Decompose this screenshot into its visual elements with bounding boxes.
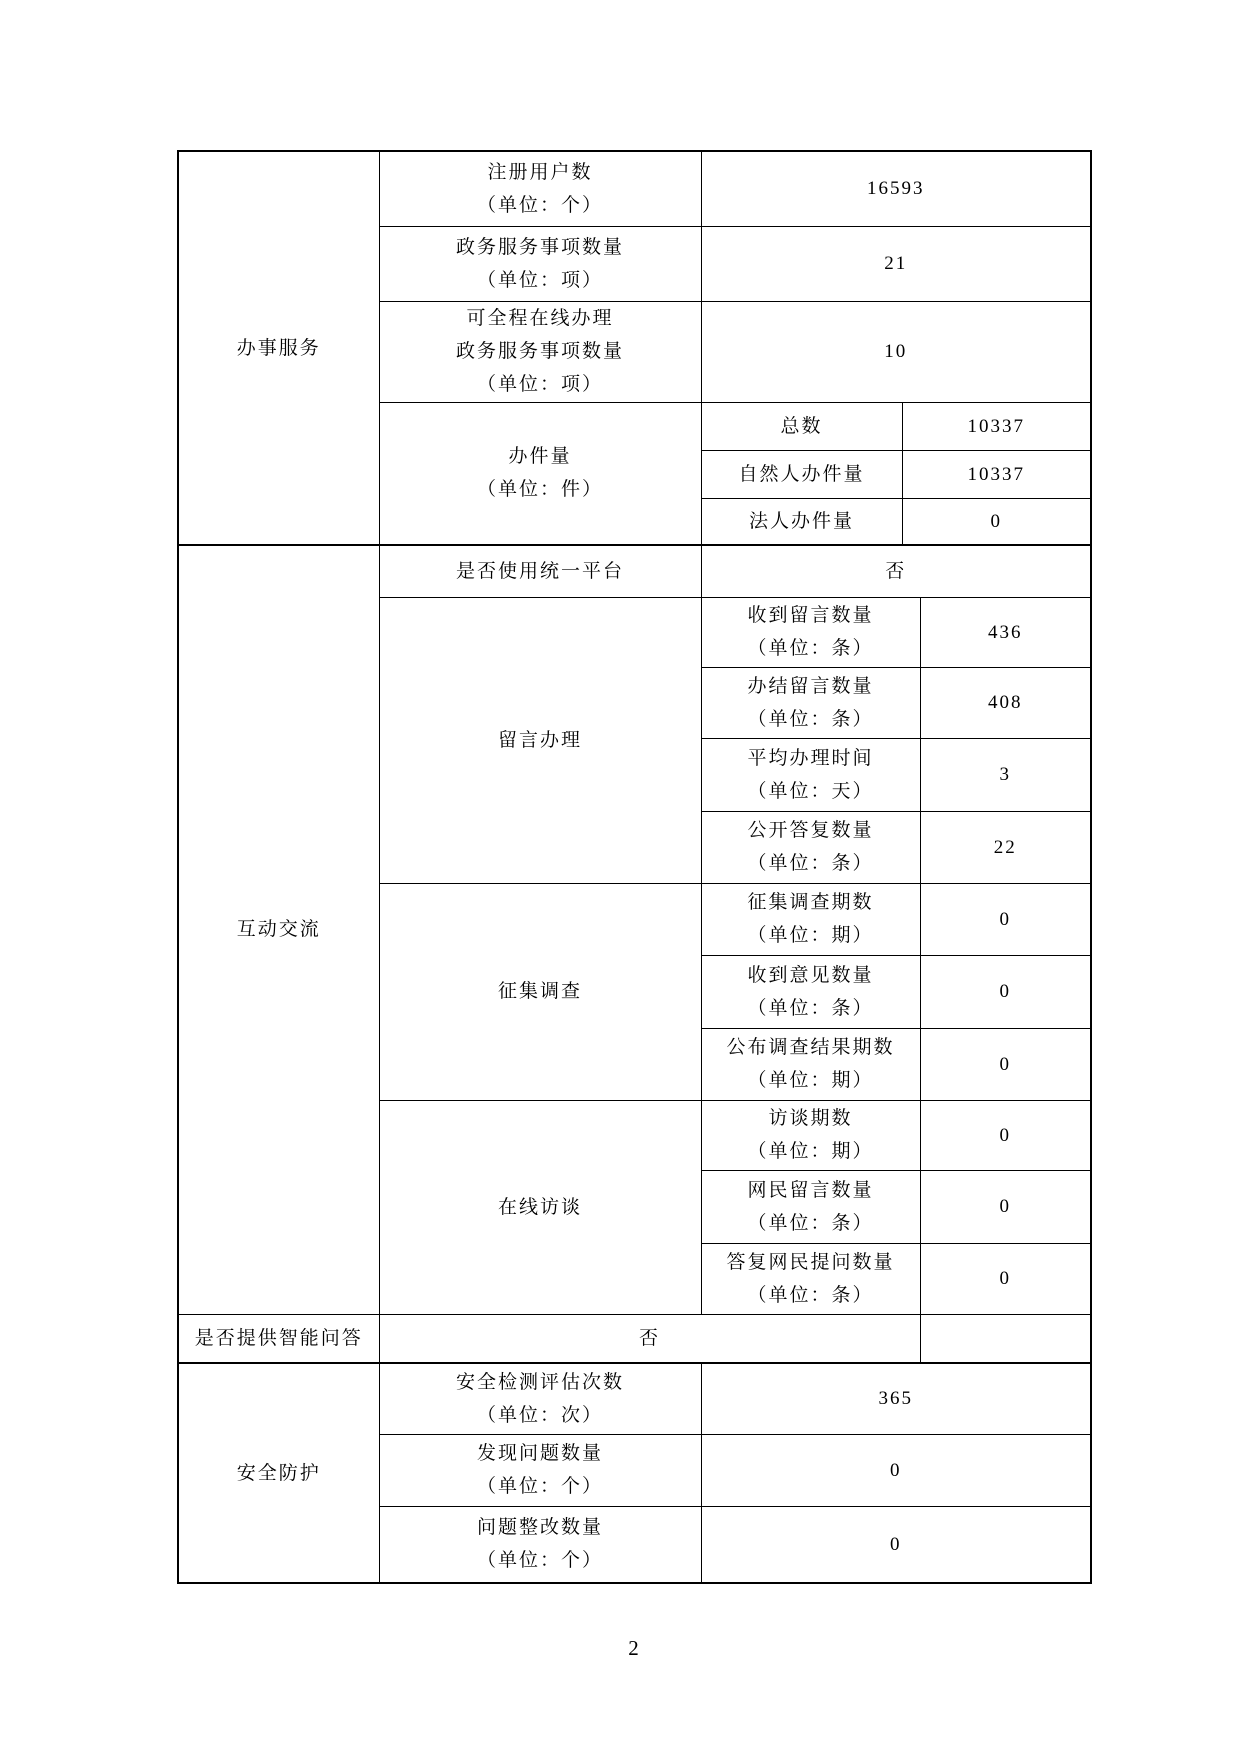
metric-label-cell: 安全检测评估次数 （单位：次） — [379, 1363, 701, 1434]
metric-unit-line: （单位：条） — [702, 992, 920, 1025]
category-service: 办事服务 — [178, 151, 379, 545]
metric-unit-line: （单位：个） — [380, 189, 701, 222]
metric-label-cell: 是否使用统一平台 — [379, 545, 701, 597]
sub-metric-value-cell: 0 — [920, 1100, 1091, 1170]
metric-label-line: 政务服务事项数量 — [380, 231, 701, 264]
metric-unit-line: （单位：条） — [702, 703, 920, 736]
metric-value-cell: 否 — [379, 1314, 920, 1363]
sub-metric-value-cell: 0 — [920, 1028, 1091, 1100]
metric-label-line: 公开答复数量 — [702, 814, 920, 847]
metric-label-cell: 发现问题数量 （单位：个） — [379, 1434, 701, 1506]
metric-label-line: 收到意见数量 — [702, 959, 920, 992]
sub-metric-value-cell: 22 — [920, 811, 1091, 883]
metric-unit-line: （单位：条） — [702, 1279, 920, 1312]
sub-metric-value-cell: 436 — [920, 597, 1091, 667]
metric-label-line: 政务服务事项数量 — [380, 335, 701, 368]
sub-metric-label-cell: 法人办件量 — [701, 498, 902, 545]
metric-label-cell: 政务服务事项数量 （单位：项） — [379, 226, 701, 301]
sub-metric-label-cell: 征集调查期数 （单位：期） — [701, 883, 920, 955]
metric-label-line: 办结留言数量 — [702, 670, 920, 703]
sub-metric-label-cell: 公开答复数量 （单位：条） — [701, 811, 920, 883]
metric-label-cell: 是否提供智能问答 — [178, 1314, 379, 1363]
metric-unit-line: （单位：个） — [380, 1544, 701, 1577]
metric-label-cell: 问题整改数量 （单位：个） — [379, 1506, 701, 1583]
metric-value-cell: 0 — [701, 1506, 1091, 1583]
metric-value-cell: 否 — [701, 545, 1091, 597]
group-label-cell: 办件量 （单位：件） — [379, 402, 701, 545]
sub-metric-label-cell: 访谈期数 （单位：期） — [701, 1100, 920, 1170]
sub-metric-value-cell: 0 — [920, 883, 1091, 955]
sub-metric-value-cell: 408 — [920, 667, 1091, 738]
category-security: 安全防护 — [178, 1363, 379, 1583]
metric-label-cell: 注册用户数 （单位：个） — [379, 151, 701, 226]
metric-unit-line: （单位：期） — [702, 919, 920, 952]
document-page: 办事服务 注册用户数 （单位：个） 16593 政务服务事项数量 （单位：项） … — [0, 0, 1241, 1754]
group-label-cell: 征集调查 — [379, 883, 701, 1100]
metric-label-line: 访谈期数 — [702, 1102, 920, 1135]
sub-metric-value-cell: 0 — [920, 1170, 1091, 1243]
metric-unit-line: （单位：个） — [380, 1470, 701, 1503]
sub-metric-label-cell: 办结留言数量 （单位：条） — [701, 667, 920, 738]
sub-metric-label-cell: 网民留言数量 （单位：条） — [701, 1170, 920, 1243]
metric-value-cell: 365 — [701, 1363, 1091, 1434]
metric-label-line: 征集调查期数 — [702, 886, 920, 919]
metric-value-cell: 16593 — [701, 151, 1091, 226]
group-unit-line: （单位：件） — [380, 473, 701, 506]
metric-label-line: 问题整改数量 — [380, 1511, 701, 1544]
sub-metric-value-cell: 3 — [920, 738, 1091, 811]
metric-unit-line: （单位：期） — [702, 1064, 920, 1097]
sub-metric-label-cell: 收到意见数量 （单位：条） — [701, 955, 920, 1028]
metric-unit-line: （单位：项） — [380, 368, 701, 401]
page-number: 2 — [177, 1636, 1090, 1661]
metric-unit-line: （单位：条） — [702, 847, 920, 880]
metric-unit-line: （单位：期） — [702, 1135, 920, 1168]
metric-label-line: 公布调查结果期数 — [702, 1031, 920, 1064]
sub-metric-value-cell: 0 — [902, 498, 1091, 545]
category-interaction: 互动交流 — [178, 545, 379, 1314]
metric-unit-line: （单位：条） — [702, 632, 920, 665]
metric-unit-line: （单位：次） — [380, 1399, 701, 1432]
metric-value-cell: 10 — [701, 301, 1091, 402]
metric-label-line: 注册用户数 — [380, 156, 701, 189]
sub-metric-value-cell: 0 — [920, 1243, 1091, 1314]
sub-metric-label-cell: 平均办理时间 （单位：天） — [701, 738, 920, 811]
metric-value-cell: 21 — [701, 226, 1091, 301]
sub-metric-label-cell: 公布调查结果期数 （单位：期） — [701, 1028, 920, 1100]
metric-unit-line: （单位：条） — [702, 1207, 920, 1240]
metric-label-line: 可全程在线办理 — [380, 302, 701, 335]
group-label-cell: 留言办理 — [379, 597, 701, 883]
group-label-cell: 在线访谈 — [379, 1100, 701, 1314]
metric-unit-line: （单位：项） — [380, 264, 701, 297]
group-label-line: 办件量 — [380, 440, 701, 473]
sub-metric-value-cell: 10337 — [902, 402, 1091, 450]
metric-unit-line: （单位：天） — [702, 775, 920, 808]
sub-metric-value-cell: 10337 — [902, 450, 1091, 498]
sub-metric-label-cell: 收到留言数量 （单位：条） — [701, 597, 920, 667]
metric-label-line: 安全检测评估次数 — [380, 1366, 701, 1399]
sub-metric-label-cell: 答复网民提问数量 （单位：条） — [701, 1243, 920, 1314]
metric-label-line: 收到留言数量 — [702, 599, 920, 632]
sub-metric-label-cell: 自然人办件量 — [701, 450, 902, 498]
report-table: 办事服务 注册用户数 （单位：个） 16593 政务服务事项数量 （单位：项） … — [177, 150, 1092, 1584]
sub-metric-label-cell: 总数 — [701, 402, 902, 450]
metric-label-line: 网民留言数量 — [702, 1174, 920, 1207]
metric-label-cell: 可全程在线办理 政务服务事项数量 （单位：项） — [379, 301, 701, 402]
metric-label-line: 平均办理时间 — [702, 742, 920, 775]
metric-label-line: 答复网民提问数量 — [702, 1246, 920, 1279]
metric-label-line: 发现问题数量 — [380, 1437, 701, 1470]
metric-value-cell: 0 — [701, 1434, 1091, 1506]
sub-metric-value-cell: 0 — [920, 955, 1091, 1028]
